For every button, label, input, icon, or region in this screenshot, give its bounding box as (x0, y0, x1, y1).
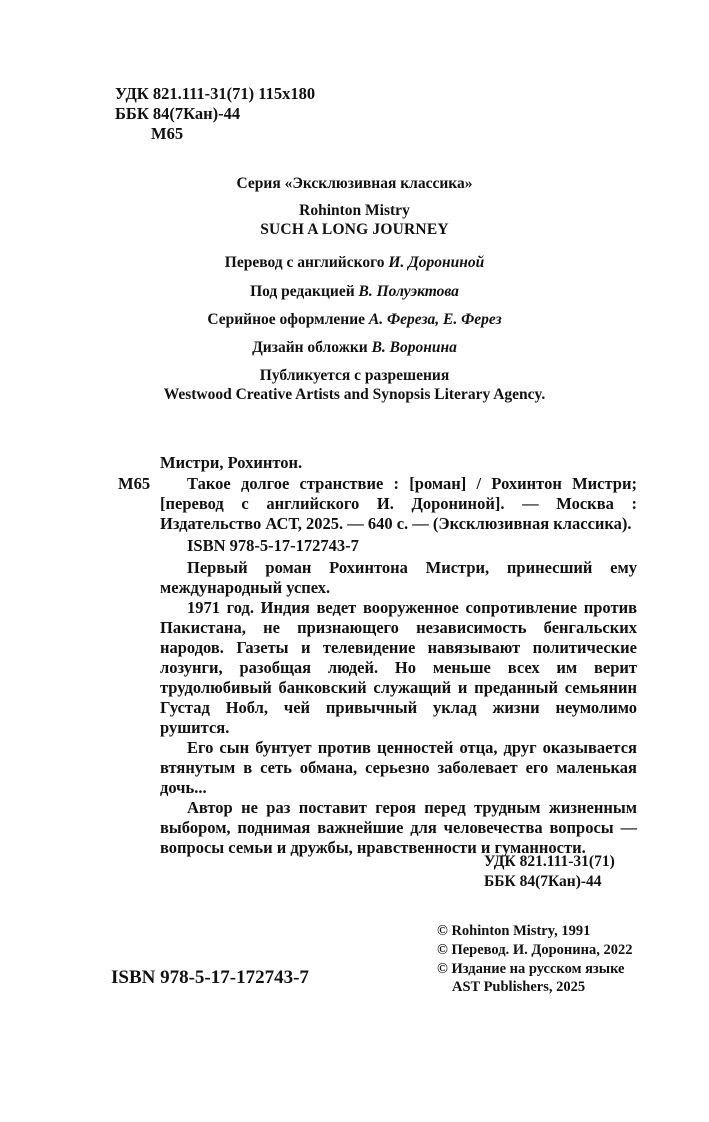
catalog-author-mark: М65 (118, 474, 150, 494)
annotation: Первый роман Рохинтона Мистри, принесший… (160, 558, 637, 858)
editor-label: Под редакцией (250, 283, 358, 300)
catalog-description-text: Такое долгое странствие : [роман] / Рохи… (160, 474, 637, 534)
annotation-paragraph: Его сын бунтует против ценностей отца, д… (160, 738, 637, 798)
copyright-line: © Перевод. И. Доронина, 2022 (437, 941, 632, 960)
bbk-code-top: ББК 84(7Кан)-44 (115, 104, 240, 124)
series-design-credit: Серийное оформление А. Фереза, Е. Ферез (0, 310, 709, 330)
editor-credit: Под редакцией В. Полуэктова (0, 282, 709, 302)
cover-design-name: В. Воронина (372, 339, 457, 356)
editor-name: В. Полуэктова (359, 283, 459, 300)
translator-credit: Перевод с английского И. Дорониной (0, 253, 709, 273)
udk-code-top: УДК 821.111-31(71) 115x180 (115, 84, 315, 104)
annotation-paragraph: Первый роман Рохинтона Мистри, принесший… (160, 558, 637, 598)
catalog-author-heading: Мистри, Рохинтон. (160, 453, 302, 473)
series-name: Серия «Эксклюзивная классика» (0, 174, 709, 194)
annotation-paragraph: 1971 год. Индия ведет вооруженное сопрот… (160, 598, 637, 738)
catalog-description: Такое долгое странствие : [роман] / Рохи… (160, 474, 637, 534)
copyright-line: © Издание на русском языке (437, 960, 625, 979)
catalog-isbn: ISBN 978-5-17-172743-7 (187, 536, 359, 556)
permission-line-1: Публикуется с разрешения (0, 366, 709, 386)
series-design-names: А. Фереза, Е. Ферез (369, 311, 502, 328)
isbn-footer: ISBN 978-5-17-172743-7 (111, 966, 309, 990)
author-mark-top: М65 (151, 124, 183, 144)
translator-name: И. Дорониной (388, 254, 484, 271)
series-design-label: Серийное оформление (207, 311, 369, 328)
cover-design-credit: Дизайн обложки В. Воронина (0, 338, 709, 358)
permission-line-2: Westwood Creative Artists and Synopsis L… (0, 385, 709, 405)
udk-code-bottom: УДК 821.111-31(71) (484, 852, 615, 872)
original-title: SUCH A LONG JOURNEY (0, 220, 709, 240)
bbk-code-bottom: ББК 84(7Кан)-44 (484, 872, 602, 892)
copyright-line: AST Publishers, 2025 (452, 978, 585, 997)
original-author: Rohinton Mistry (0, 201, 709, 221)
annotation-paragraph: Автор не раз поставит героя перед трудны… (160, 798, 637, 858)
copyright-line: © Rohinton Mistry, 1991 (437, 922, 590, 941)
cover-design-label: Дизайн обложки (252, 339, 371, 356)
translator-label: Перевод с английского (225, 254, 389, 271)
